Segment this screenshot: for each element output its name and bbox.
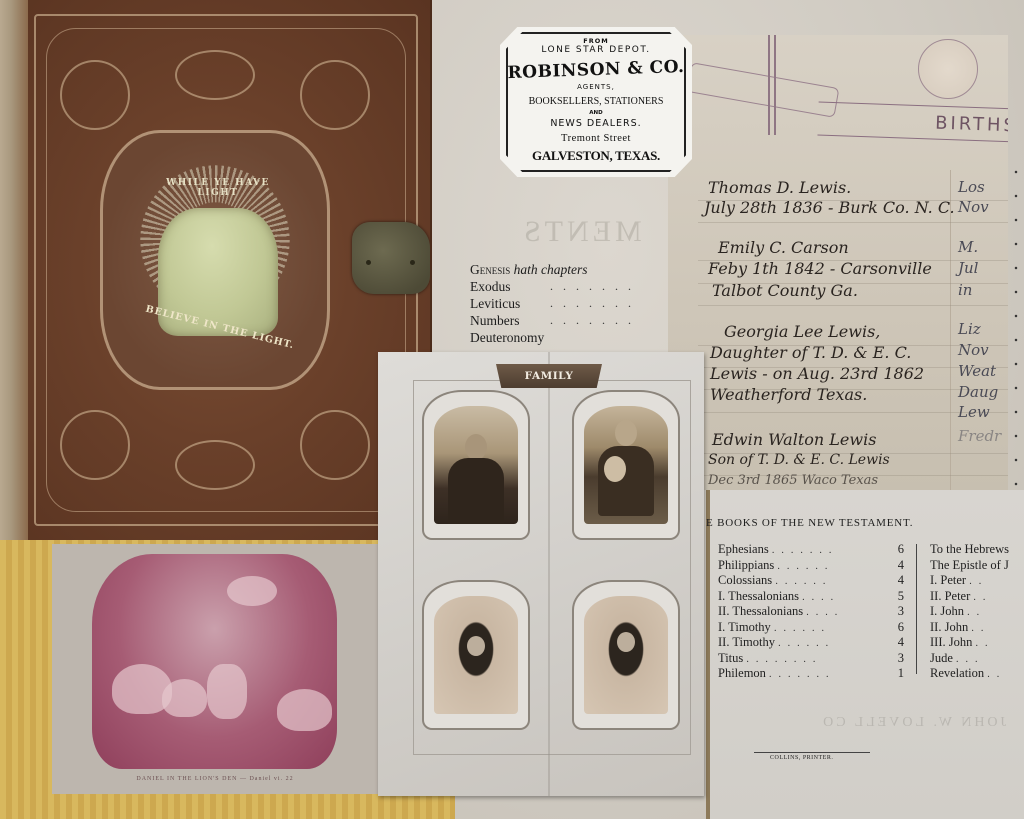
new-testament-page: E BOOKS OF THE NEW TESTAMENT. Ephesians …	[706, 490, 1024, 819]
nt-row: I. Peter ..	[930, 573, 1024, 589]
ghost-heading: MENTS	[520, 215, 642, 249]
nt-row: I. Timothy ......6	[718, 620, 904, 636]
nt-row: II. Timothy ......4	[718, 635, 904, 651]
ribbon-illustration	[687, 62, 840, 118]
old-testament-list: Genesis hath chapters Exodus....... Levi…	[470, 262, 670, 352]
birth-entry: Edwin Walton Lewis	[712, 430, 876, 449]
portrait-frame	[572, 390, 680, 540]
ot-row: Exodus.......	[470, 279, 670, 296]
worn-spine	[0, 0, 28, 540]
nt-row: I. John ..	[930, 604, 1024, 620]
nt-row: II. John ..	[930, 620, 1024, 636]
ot-row: Deuteronomy	[470, 330, 670, 347]
portrait-photo	[434, 406, 518, 524]
nt-row: Revelation ..	[930, 666, 1024, 682]
dotted-leader-column	[1008, 160, 1024, 490]
birth-entry: Emily C. Carson	[718, 238, 849, 257]
birth-entry: Son of T. D. & E. C. Lewis	[708, 451, 890, 470]
nt-row: Ephesians .......6	[718, 542, 904, 558]
pole-illustration	[768, 35, 776, 135]
portrait-photo	[434, 596, 518, 714]
portrait-frame	[422, 580, 530, 730]
nt-row: I. Thessalonians ....5	[718, 589, 904, 605]
nt-row: II. Thessalonians ....3	[718, 604, 904, 620]
birth-entry: Dec 3rd 1865 Waco Texas	[708, 471, 878, 490]
nt-row: Philippians ......4	[718, 558, 904, 574]
cover-motto-top: WHILE YE HAVE LIGHT	[148, 178, 288, 198]
nt-row: To the Hebrews	[930, 542, 1024, 558]
illustration-caption: DANIEL IN THE LION'S DEN — Daniel vi. 22	[52, 776, 378, 782]
portrait-photo	[584, 406, 668, 524]
birth-entry: July 28th 1836 - Burk Co. N. C.	[704, 198, 955, 217]
nt-row: The Epistle of J	[930, 558, 1024, 574]
bookseller-label: FROM LONE STAR DEPOT. ROBINSON & CO. AGE…	[500, 27, 692, 177]
birth-entry: Georgia Lee Lewis,	[724, 322, 880, 341]
bible-cover: WHILE YE HAVE LIGHT BELIEVE IN THE LIGHT…	[0, 0, 432, 540]
lion-figure	[162, 679, 207, 717]
birth-entry: Talbot County Ga.	[712, 281, 858, 300]
daniel-figure	[207, 664, 247, 719]
nt-row: Philemon .......1	[718, 666, 904, 682]
angel-figure	[227, 576, 277, 606]
nt-row: Titus ........3	[718, 651, 904, 667]
births-register-page: BIRTHS Thomas D. Lewis. July 28th 1836 -…	[668, 35, 1008, 490]
lions-den-engraving	[92, 554, 337, 769]
family-portraits-page: FAMILY PORTRAITS	[378, 352, 704, 796]
nt-row: III. John ..	[930, 635, 1024, 651]
birth-entry: Thomas D. Lewis.	[708, 178, 851, 197]
portrait-frame	[422, 390, 530, 540]
column-divider	[950, 170, 951, 490]
births-banner: BIRTHS	[817, 102, 1008, 143]
nt-heading: E BOOKS OF THE NEW TESTAMENT.	[706, 517, 913, 529]
birth-entry: Feby 1th 1842 - Carsonville	[708, 259, 932, 278]
nt-row: Jude ...	[930, 651, 1024, 667]
nt-column-1: Ephesians .......6 Philippians ......4 C…	[718, 542, 904, 682]
cherub-illustration	[918, 39, 978, 99]
birth-entry: Lewis - on Aug. 23rd 1862	[710, 364, 924, 383]
ot-row: Leviticus.......	[470, 296, 670, 313]
column-divider	[916, 544, 917, 674]
family-portraits-title: FAMILY PORTRAITS	[496, 364, 602, 388]
printer-credit: COLLINS, PRINTER.	[770, 755, 833, 761]
birth-entry: Daughter of T. D. & E. C.	[710, 343, 911, 362]
nt-row: II. Peter ..	[930, 589, 1024, 605]
portrait-photo	[584, 596, 668, 714]
nt-column-2: To the Hebrews The Epistle of J I. Peter…	[930, 542, 1024, 682]
ot-row: Numbers.......	[470, 313, 670, 330]
births-title: BIRTHS	[935, 113, 1008, 137]
nt-row: Colossians ......4	[718, 573, 904, 589]
birth-entry: Weatherford Texas.	[710, 385, 867, 404]
ot-row: Genesis hath chapters	[470, 262, 670, 279]
lion-figure	[277, 689, 332, 731]
portrait-frame	[572, 580, 680, 730]
brass-clasp	[352, 222, 430, 294]
